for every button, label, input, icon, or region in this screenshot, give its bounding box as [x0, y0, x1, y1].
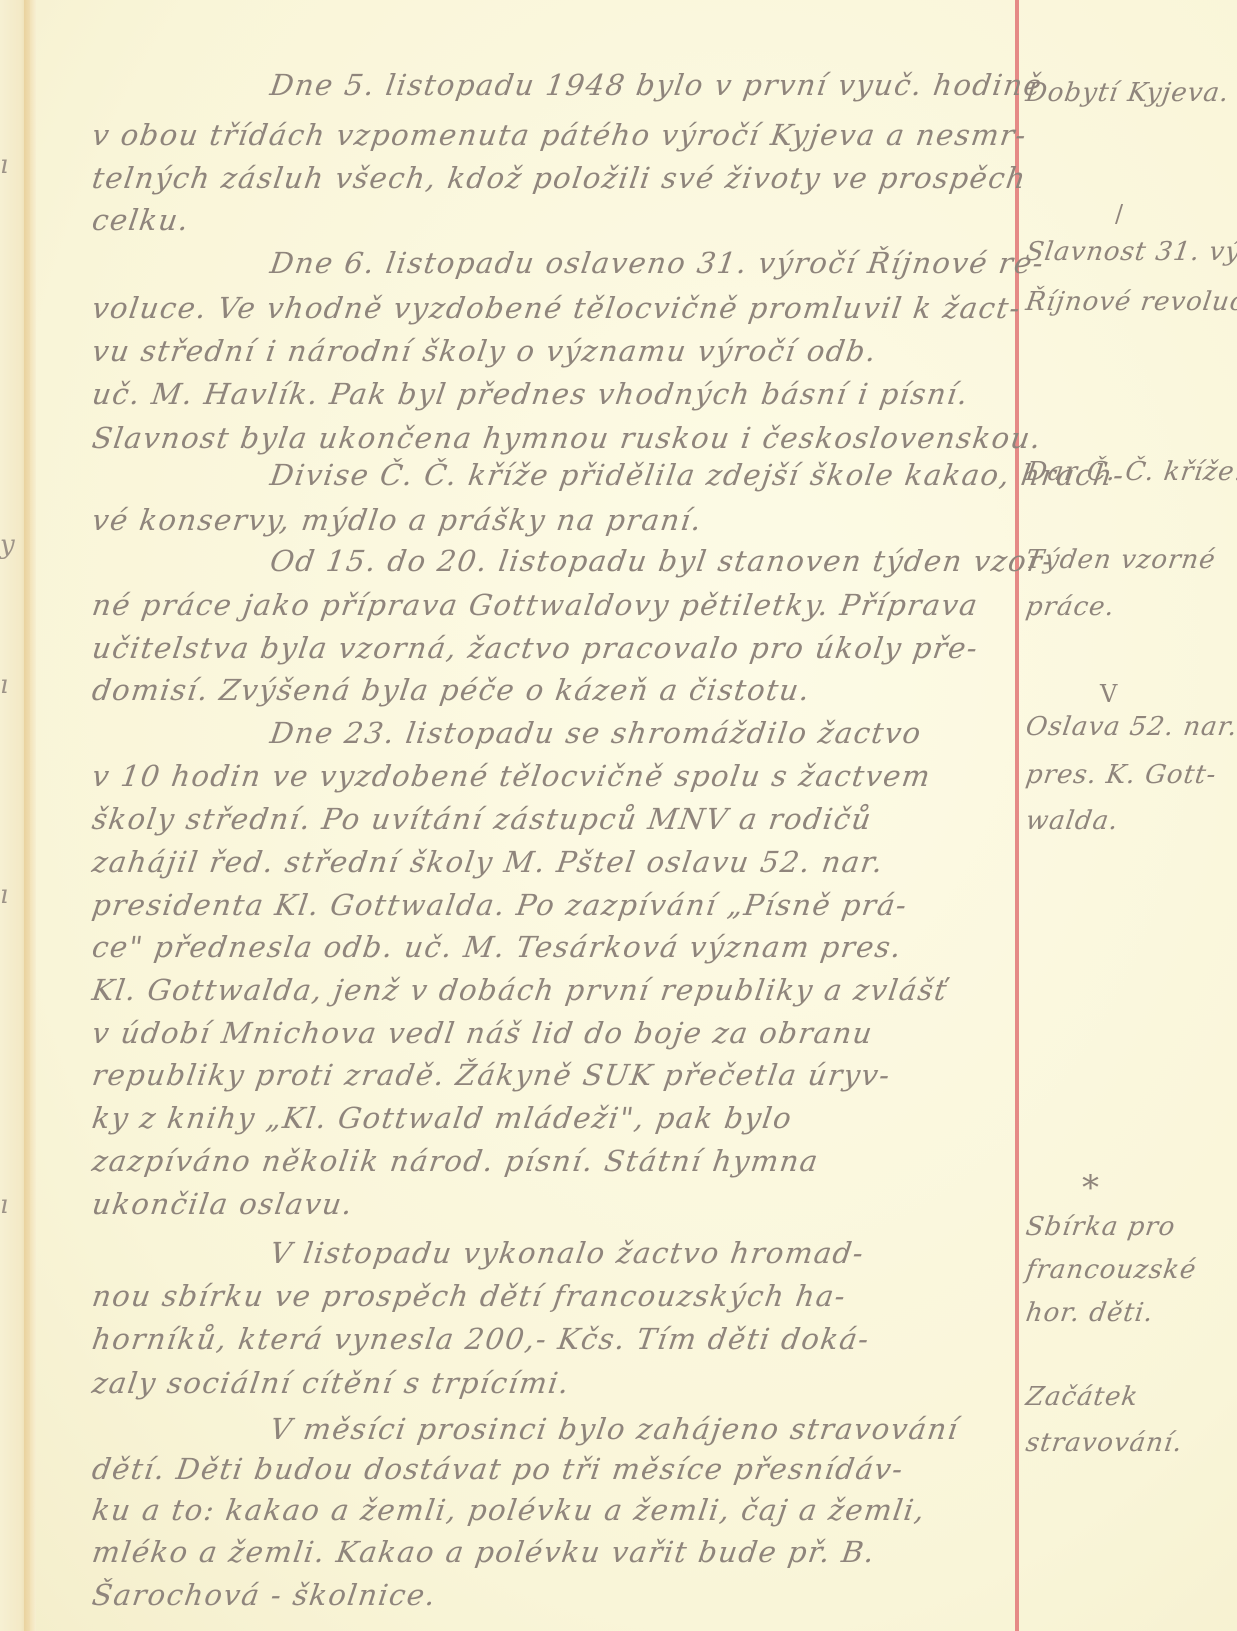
margin-note: stravování. [1024, 1428, 1185, 1458]
text-line: Dne 6. listopadu oslaveno 31. výročí Říj… [90, 246, 1047, 280]
margin-note: práce. [1024, 592, 1117, 622]
margin-note: Slavnost 31. výročí [1024, 237, 1237, 267]
previous-page-scrawl: y [0, 530, 15, 560]
text-line: v obou třídách vzpomenuta pátého výročí … [90, 118, 1029, 152]
text-line: republiky proti zradě. Žákyně SUK přečet… [90, 1058, 893, 1092]
text-line: ukončila oslavu. [90, 1187, 356, 1221]
text-line: voluce. Ve vhodně vyzdobené tělocvičně p… [90, 291, 1023, 325]
text-line: Kl. Gottwalda, jenž v dobách první repub… [90, 973, 950, 1007]
text-line: ky z knihy „Kl. Gottwald mládeži", pak b… [90, 1101, 795, 1135]
text-line: v 10 hodin ve vyzdobené tělocvičně spolu… [90, 759, 933, 793]
asterisk-mark: * [1082, 1168, 1099, 1208]
text-line: domisí. Zvýšená byla péče o kázeň a čist… [90, 673, 813, 707]
text-line: V listopadu vykonalo žactvo hromad- [90, 1236, 867, 1270]
text-line: mléko a žemli. Kakao a polévku vařit bud… [90, 1535, 878, 1569]
text-line: Slavnost byla ukončena hymnou ruskou i č… [90, 421, 1044, 455]
margin-note: Dobytí Kyjeva. [1024, 78, 1231, 108]
red-margin-rule [1015, 0, 1019, 1631]
text-line: né práce jako příprava Gottwaldovy pětil… [90, 588, 981, 622]
text-line: zaly sociální cítění s trpícími. [90, 1366, 572, 1400]
margin-note: walda. [1024, 806, 1121, 836]
margin-note: Týden vzorné [1024, 545, 1218, 575]
pencil-tick-mark: / [1115, 200, 1123, 228]
text-line: učitelstva byla vzorná, žactvo pracovalo… [90, 631, 981, 665]
text-line: dětí. Děti budou dostávat po tři měsíce … [90, 1452, 906, 1486]
text-line: Divise Č. Č. kříže přidělila zdejší škol… [90, 458, 1127, 492]
text-line: Šarochová - školnice. [90, 1578, 439, 1612]
margin-note: Začátek [1024, 1382, 1140, 1412]
text-line: horníků, která vynesla 200,- Kčs. Tím dě… [90, 1322, 872, 1356]
text-line: zahájil řed. střední školy M. Pštel osla… [90, 845, 886, 879]
text-line: V měsíci prosinci bylo zahájeno stravová… [90, 1412, 961, 1446]
text-line: Dne 23. listopadu se shromáždilo žactvo [90, 716, 924, 750]
previous-page-scrawl: ı [0, 670, 8, 700]
margin-note: Dar Č. Č. kříže. [1024, 457, 1237, 487]
previous-page-scrawl: ı [0, 150, 8, 180]
text-line: vé konservy, mýdlo a prášky na praní. [90, 503, 705, 537]
margin-note: Sbírka pro [1024, 1212, 1178, 1242]
text-line: Dne 5. listopadu 1948 bylo v první vyuč.… [90, 68, 1045, 102]
text-line: ce" přednesla odb. uč. M. Tesárková význ… [90, 930, 905, 964]
text-line: zazpíváno několik národ. písní. Státní h… [90, 1144, 821, 1178]
text-line: školy střední. Po uvítání zástupců MNV a… [90, 802, 874, 836]
text-line: celku. [90, 203, 192, 237]
margin-note: Oslava 52. nar. [1024, 712, 1237, 742]
text-line: v údobí Mnichova vedl náš lid do boje za… [90, 1016, 876, 1050]
margin-note: hor. děti. [1024, 1298, 1156, 1328]
ledger-page: ı y ı ı ı Dne 5. listopadu 1948 bylo v p… [0, 0, 1237, 1631]
previous-page-scrawl: ı [0, 1190, 8, 1220]
text-line: presidenta Kl. Gottwalda. Po zazpívání „… [90, 888, 910, 922]
text-line: uč. M. Havlík. Pak byl přednes vhodných … [90, 377, 971, 411]
text-line: ku a to: kakao a žemli, polévku a žemli,… [90, 1493, 928, 1527]
margin-note: Říjnové revoluce. [1024, 287, 1237, 317]
previous-page-scrawl: ı [0, 880, 8, 910]
book-binding-gutter [24, 0, 36, 1631]
text-line: Od 15. do 20. listopadu byl stanoven týd… [90, 544, 1056, 578]
text-line: vu střední i národní školy o významu výr… [90, 334, 879, 368]
text-line: nou sbírku ve prospěch dětí francouzskýc… [90, 1279, 849, 1313]
pencil-check-mark: V [1100, 680, 1117, 708]
margin-note: pres. K. Gott- [1024, 760, 1219, 790]
text-line: telných zásluh všech, kdož položili své … [90, 161, 1029, 195]
margin-note: francouzské [1024, 1255, 1199, 1285]
